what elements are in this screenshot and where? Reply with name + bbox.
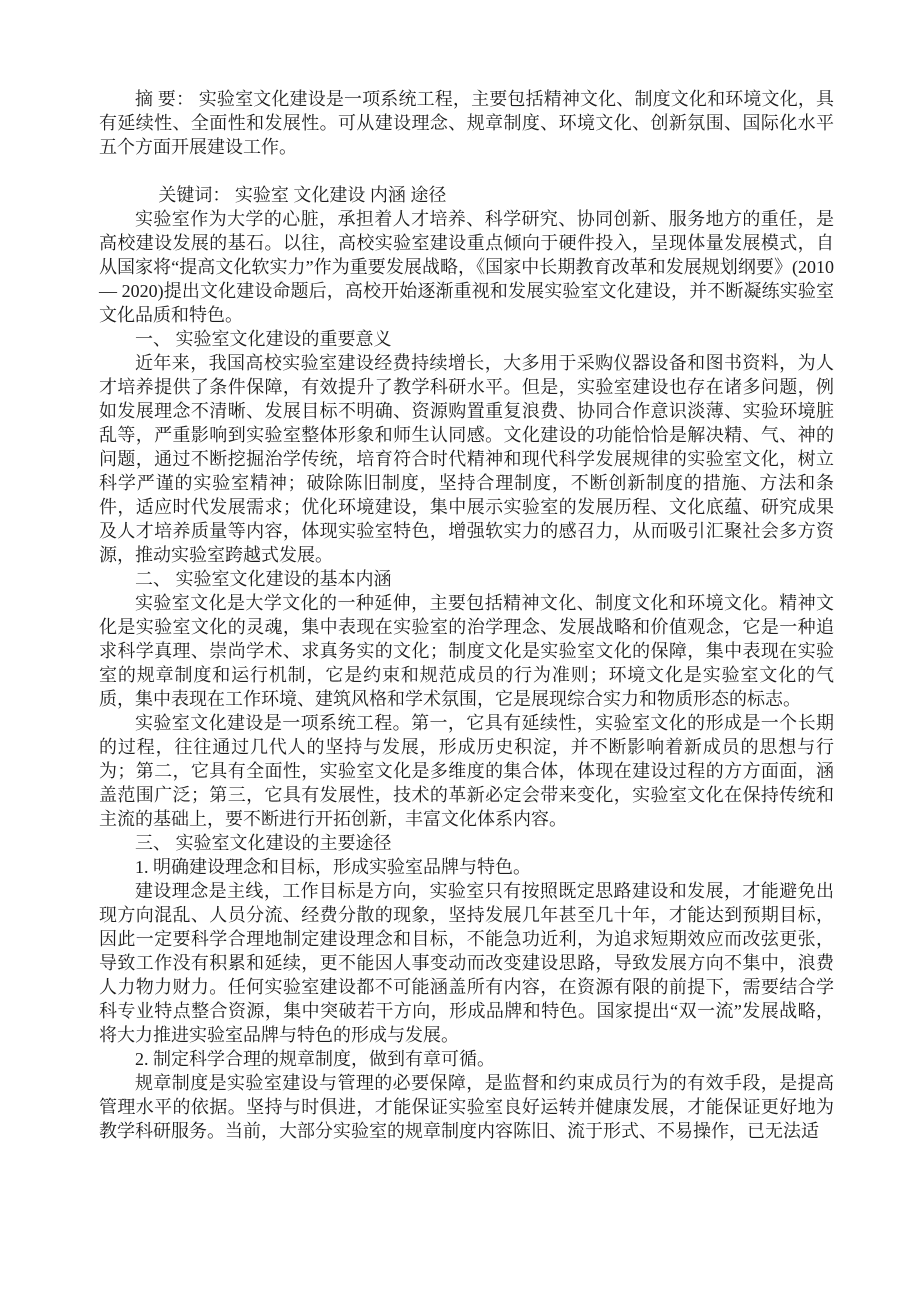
section-heading-1: 一、 实验室文化建设的重要意义 <box>99 327 834 351</box>
intro-paragraph: 实验室作为大学的心脏，承担着人才培养、科学研究、协同创新、服务地方的重任，是高校… <box>99 207 834 327</box>
section-2-paragraph-2: 实验室文化建设是一项系统工程。第一，它具有延续性，实验室文化的形成是一个长期的过… <box>99 711 834 831</box>
section-heading-3: 三、 实验室文化建设的主要途径 <box>99 831 834 855</box>
section-1-paragraph: 近年来，我国高校实验室建设经费持续增长，大多用于采购仪器设备和图书资料，为人才培… <box>99 351 834 567</box>
numbered-item-heading-1: 1. 明确建设理念和目标，形成实验室品牌与特色。 <box>99 855 834 879</box>
numbered-item-heading-2: 2. 制定科学合理的规章制度，做到有章可循。 <box>99 1047 834 1071</box>
document-page: 摘 要： 实验室文化建设是一项系统工程，主要包括精神文化、制度文化和环境文化，具… <box>0 0 920 1302</box>
blank-line <box>99 159 834 183</box>
section-3-paragraph-2: 规章制度是实验室建设与管理的必要保障，是监督和约束成员行为的有效手段，是提高管理… <box>99 1071 834 1143</box>
section-2-paragraph-1: 实验室文化是大学文化的一种延伸，主要包括精神文化、制度文化和环境文化。精神文化是… <box>99 591 834 711</box>
abstract-paragraph: 摘 要： 实验室文化建设是一项系统工程，主要包括精神文化、制度文化和环境文化，具… <box>99 87 834 159</box>
keywords-line: 关键词： 实验室 文化建设 内涵 途径 <box>99 183 834 207</box>
section-3-paragraph-1: 建设理念是主线，工作目标是方向，实验室只有按照既定思路建设和发展，才能避免出现方… <box>99 879 834 1047</box>
section-heading-2: 二、 实验室文化建设的基本内涵 <box>99 567 834 591</box>
